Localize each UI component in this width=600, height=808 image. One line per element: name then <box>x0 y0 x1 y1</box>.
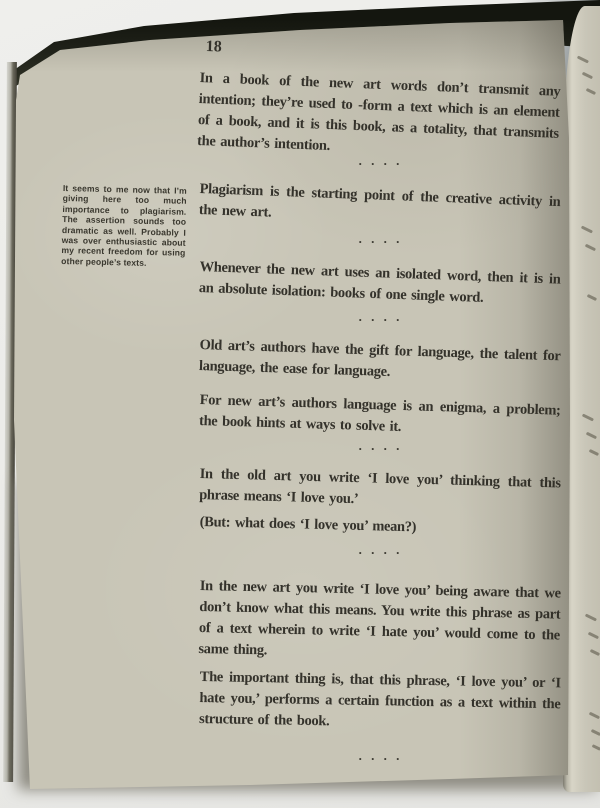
dots-separator: . . . . <box>200 231 561 249</box>
dots-separator: . . . . <box>200 309 561 327</box>
paragraph: For new art’s authors language is an eni… <box>199 390 561 443</box>
book-photo: 18 It seems to me now that I’m giving he… <box>0 0 600 808</box>
ghost-text-mark <box>591 729 600 736</box>
paragraph: In the old art you write ‘I love you’ th… <box>199 464 561 515</box>
paragraph: Plagiarism is the starting point of the … <box>198 179 560 234</box>
ghost-text-mark <box>587 294 597 301</box>
ghost-text-mark <box>586 88 596 95</box>
dots-separator: . . . . <box>200 153 561 171</box>
ghost-text-mark <box>577 56 589 64</box>
paragraph: The important thing is, that this phrase… <box>199 667 561 736</box>
paragraph: In a book of the new art words don’t tra… <box>197 68 561 166</box>
dots-separator: . . . . <box>200 748 561 766</box>
ghost-text-mark <box>582 72 593 79</box>
paragraph: In the new art you write ‘I love you’ be… <box>198 576 561 668</box>
ghost-text-mark <box>582 414 594 422</box>
paragraph: (But: what does ‘I love you’ mean?) <box>199 512 560 542</box>
dots-separator: . . . . <box>200 542 561 560</box>
ghost-text-mark <box>581 226 593 234</box>
ghost-text-mark <box>585 244 596 251</box>
book-page: 18 It seems to me now that I’m giving he… <box>12 18 570 790</box>
margin-note: It seems to me now that I’m giving here … <box>61 183 187 269</box>
ghost-text-mark <box>589 449 599 456</box>
ghost-text-mark <box>588 632 599 639</box>
ghost-text-mark <box>586 432 597 439</box>
ghost-text-mark <box>585 614 597 622</box>
paragraph: Whenever the new art uses an isolated wo… <box>199 257 561 312</box>
ghost-text-mark <box>590 649 600 656</box>
page-number: 18 <box>205 38 222 56</box>
ghost-text-mark <box>592 744 600 750</box>
dots-separator: . . . . <box>200 438 561 456</box>
paragraph: Old art’s authors have the gift for lang… <box>199 335 561 388</box>
ghost-text-mark <box>589 712 600 719</box>
